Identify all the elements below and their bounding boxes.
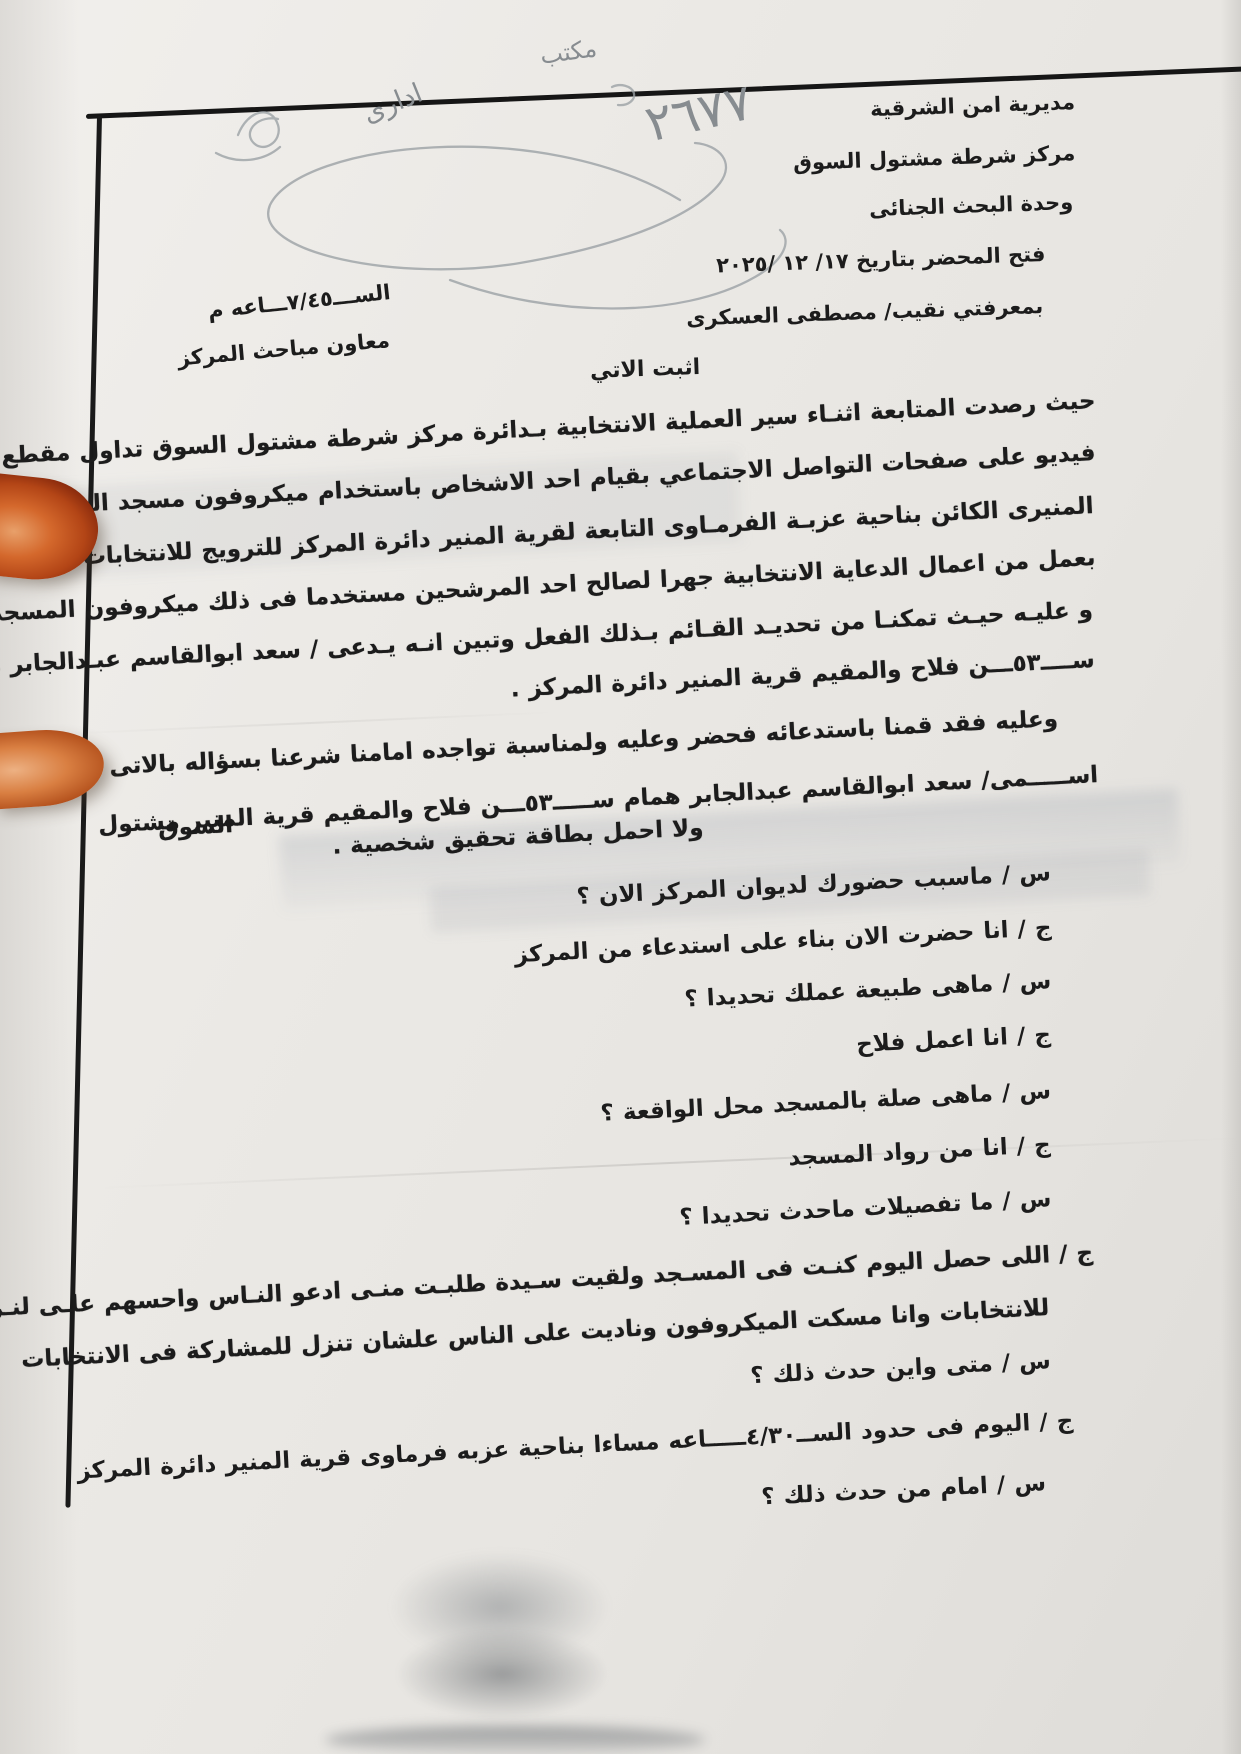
scan-smudge <box>325 1726 705 1754</box>
answer-line: ج / انا من رواد المسجد <box>788 1132 1052 1171</box>
report-line-wrap-word: السوق <box>158 812 234 842</box>
header-unit: وحدة البحث الجنائى <box>869 190 1074 221</box>
question-line: س / ما تفصيلات ماحدث تحديدا ؟ <box>678 1186 1051 1231</box>
question-line: س / متى واين حدث ذلك ؟ <box>750 1348 1052 1389</box>
scan-smudge <box>395 1628 610 1720</box>
question-line: س / ماهى طبيعة عملك تحديدا ؟ <box>684 968 1052 1013</box>
report-line: ســــ٥٣ـــن فلاح والمقيم قرية المنير دائ… <box>510 647 1095 703</box>
paper-edge-shadow-right <box>1221 0 1241 1754</box>
question-line: س / امام من حدث ذلك ؟ <box>761 1470 1047 1510</box>
small-circle-scribble <box>612 85 634 105</box>
header-confirm: اثبت الاتي <box>589 355 700 384</box>
paper-crease <box>100 1137 1240 1189</box>
police-report-scan: ٢٦٧٧ مكتب ادارى مديرية امن الشرقية مركز … <box>0 0 1241 1754</box>
answer-line: ج / اليوم فى حدود الســ٤/٣٠ـــــاعه مساء… <box>76 1408 1073 1484</box>
question-line: س / ماهى صلة بالمسجد محل الواقعة ؟ <box>600 1078 1052 1127</box>
fingertip <box>0 726 107 810</box>
signature-scribble <box>216 112 280 160</box>
answer-line: ج / انا اعمل فلاح <box>856 1022 1052 1058</box>
header-directorate: مديرية امن الشرقية <box>870 90 1076 121</box>
signature-loop <box>268 143 726 269</box>
paper-crease <box>60 711 560 735</box>
